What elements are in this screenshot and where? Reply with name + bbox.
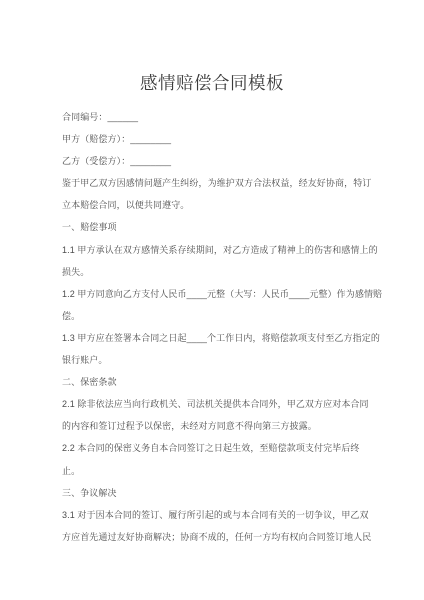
- section-3-heading: 三、争议解决: [62, 482, 384, 504]
- clause-2-2-line-1: 2.2 本合同的保密义务自本合同签订之日起生效，至赔偿款项支付完毕后终: [62, 437, 384, 459]
- clause-1-2-line-1: 1.2 甲方同意向乙方支付人民币____元整（大写：人民币____元整）作为感情…: [62, 283, 384, 305]
- preamble-line-1: 鉴于甲乙双方因感情问题产生纠纷，为维护双方合法权益，经友好协商，特订: [62, 172, 384, 194]
- clause-1-3-line-1: 1.3 甲方应在签署本合同之日起____个工作日内，将赔偿款项支付至乙方指定的: [62, 327, 384, 349]
- clause-1-1-line-1: 1.1 甲方承认在双方感情关系存续期间，对乙方造成了精神上的伤害和感情上的: [62, 239, 384, 261]
- clause-1-3-line-2: 银行账户。: [62, 349, 384, 371]
- clause-2-1-line-2: 的内容和签订过程予以保密，未经对方同意不得向第三方披露。: [62, 415, 384, 437]
- contract-document-page: 感情赔偿合同模板 合同编号：______甲方（赔偿方）：________乙方（受…: [0, 0, 424, 600]
- party-a-field: 甲方（赔偿方）：________: [62, 128, 384, 150]
- clause-3-1-line-1: 3.1 对于因本合同的签订、履行所引起的或与本合同有关的一切争议，甲乙双: [62, 504, 384, 526]
- clause-1-1-line-2: 损失。: [62, 261, 384, 283]
- clause-1-2-line-2: 偿。: [62, 305, 384, 327]
- party-b-field: 乙方（受偿方）：________: [62, 150, 384, 172]
- clause-2-2-line-2: 止。: [62, 460, 384, 482]
- clause-2-1-line-1: 2.1 除非依法应当向行政机关、司法机关提供本合同外，甲乙双方应对本合同: [62, 393, 384, 415]
- document-body: 合同编号：______甲方（赔偿方）：________乙方（受偿方）：_____…: [0, 106, 424, 548]
- contract-number-field: 合同编号：______: [62, 106, 384, 128]
- document-title: 感情赔偿合同模板: [0, 0, 424, 95]
- section-1-heading: 一、赔偿事项: [62, 216, 384, 238]
- section-2-heading: 二、保密条款: [62, 371, 384, 393]
- clause-3-1-line-2: 方应首先通过友好协商解决；协商不成的，任何一方均有权向合同签订地人民: [62, 526, 384, 548]
- preamble-line-2: 立本赔偿合同，以便共同遵守。: [62, 194, 384, 216]
